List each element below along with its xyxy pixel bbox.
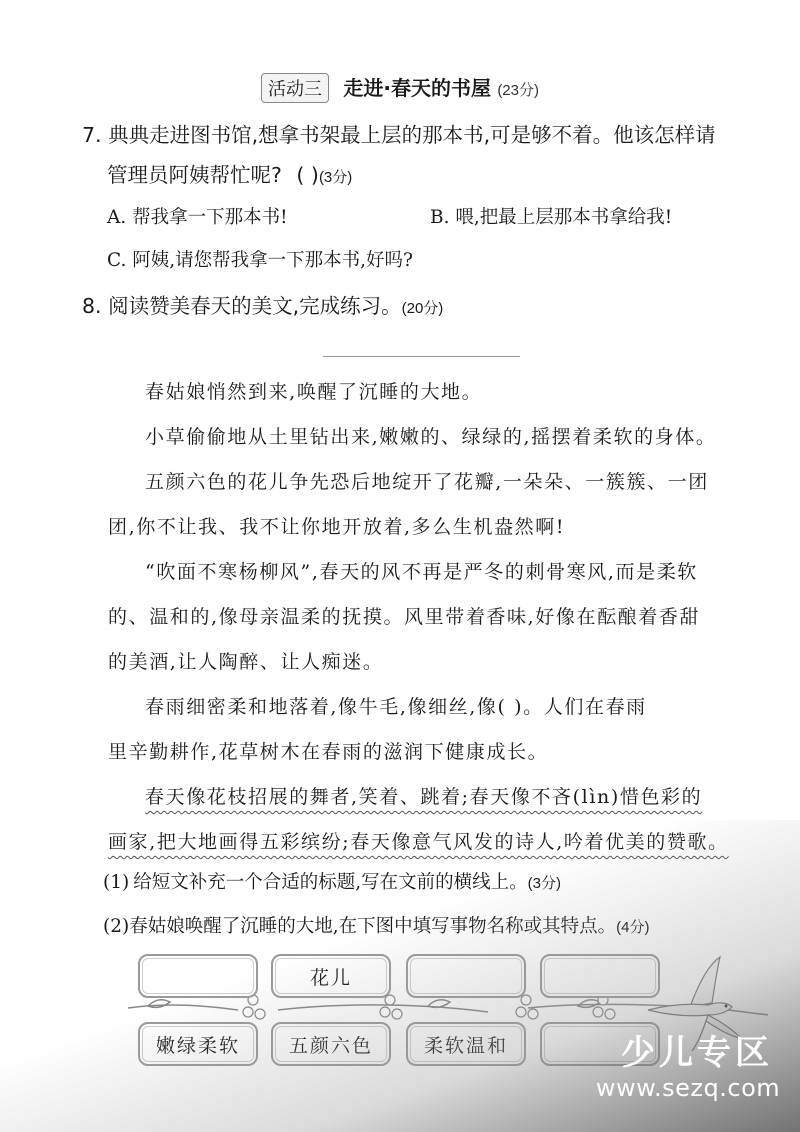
sub-question-text: 春姑娘唤醒了沉睡的大地,在下图中填写事物名称或其特点。 (129, 916, 616, 937)
question-number: 8. (82, 294, 102, 318)
passage-line: 团,你不让我、我不让你地开放着,多么生机盎然啊! (108, 512, 565, 539)
question-number: 7. (82, 123, 102, 147)
passage-line: 小草偷偷地从土里钻出来,嫩嫩的、绿绿的,摇摆着柔软的身体。 (145, 422, 716, 449)
wavy-underlined-text: 画家,把大地画得五彩缤纷;春天像意气风发的诗人,吟着优美的赞歌。 (108, 831, 729, 853)
question-score: (4分) (616, 919, 649, 936)
passage-line: 五颜六色的花儿争先恐后地绽开了花瓣,一朵朵、一簇簇、一团 (145, 467, 709, 494)
bottom-box-2[interactable]: 五颜六色 (271, 1022, 391, 1066)
passage-line: 的美酒,让人陶醉、让人痴迷。 (108, 647, 383, 674)
passage-line: 里辛勤耕作,花草树木在春雨的滋润下健康成长。 (108, 737, 548, 764)
activity-title: 走进·春天的书屋 (343, 76, 491, 100)
top-box-2[interactable]: 花儿 (271, 954, 391, 998)
question-score: (20分) (402, 300, 444, 317)
passage-line: 春姑娘悄然到来,唤醒了沉睡的大地。 (145, 377, 482, 404)
wavy-underlined-text: 春天像花枝招展的舞者,笑着、跳着;春天像不吝(lìn)惜色彩的 (145, 786, 702, 808)
answer-blank[interactable]: ( ) (296, 163, 319, 187)
top-box-3[interactable] (406, 954, 526, 998)
sub-question-2: (2)春姑娘唤醒了沉睡的大地,在下图中填写事物名称或其特点。(4分) (103, 912, 649, 938)
watermark-url: www.sezq.com (594, 1073, 782, 1103)
sub-question-label: (2) (103, 916, 129, 937)
question-8-prompt: 8. 阅读赞美春天的美文,完成练习。(20分) (82, 289, 443, 319)
option-c[interactable]: C. 阿姨,请您帮我拿一下那本书,好吗? (107, 246, 413, 272)
sub-question-1: (1)给短文补充一个合适的标题,写在文前的横线上。(3分) (103, 868, 561, 894)
question-text: 阅读赞美春天的美文,完成练习。 (108, 294, 402, 318)
question-7-line-2: 管理员阿姨帮忙呢? ( )(3分) (107, 158, 352, 188)
watermark: 少儿专区 www.sezq.com (612, 1033, 782, 1103)
watermark-brand: 少儿专区 (612, 1033, 782, 1073)
activity-score: (23分) (497, 82, 539, 99)
activity-header: 活动三 走进·春天的书屋 (23分) (0, 72, 800, 103)
question-text: 管理员阿姨帮忙呢? (107, 163, 282, 187)
activity-badge: 活动三 (261, 73, 329, 103)
question-text: 典典走进图书馆,想拿书架最上层的那本书,可是够不着。他该怎样请 (108, 123, 716, 147)
sub-question-text: 给短文补充一个合适的标题,写在文前的横线上。 (133, 872, 527, 893)
title-answer-line[interactable] (323, 356, 520, 357)
passage-line: “吹面不寒杨柳风”,春天的风不再是严冬的刺骨寒风,而是柔软 (145, 557, 698, 584)
passage-line-with-blank: 春雨细密柔和地落着,像牛毛,像细丝,像( )。人们在春雨 (145, 692, 647, 719)
option-label: B. (430, 207, 449, 228)
sub-question-label: (1) (103, 872, 129, 893)
option-label: A. (107, 207, 126, 228)
option-text: 帮我拿一下那本书! (132, 207, 287, 228)
top-box-1[interactable] (138, 954, 258, 998)
option-text: 阿姨,请您帮我拿一下那本书,好吗? (132, 250, 413, 271)
question-score: (3分) (528, 875, 561, 892)
bottom-box-3[interactable]: 柔软温和 (406, 1022, 526, 1066)
option-b[interactable]: B. 喂,把最上层那本书拿给我! (430, 203, 672, 229)
question-score: (3分) (319, 169, 352, 186)
passage-line: 的、温和的,像母亲温柔的抚摸。风里带着香味,好像在酝酿着香甜 (108, 602, 700, 629)
option-label: C. (107, 250, 126, 271)
option-a[interactable]: A. 帮我拿一下那本书! (107, 203, 288, 229)
passage-line-underlined: 春天像花枝招展的舞者,笑着、跳着;春天像不吝(lìn)惜色彩的 (145, 782, 702, 809)
option-text: 喂,把最上层那本书拿给我! (455, 207, 672, 228)
question-7-line-1: 7. 典典走进图书馆,想拿书架最上层的那本书,可是够不着。他该怎样请 (82, 118, 716, 148)
bottom-box-1[interactable]: 嫩绿柔软 (138, 1022, 258, 1066)
passage-line-underlined: 画家,把大地画得五彩缤纷;春天像意气风发的诗人,吟着优美的赞歌。 (108, 827, 729, 854)
